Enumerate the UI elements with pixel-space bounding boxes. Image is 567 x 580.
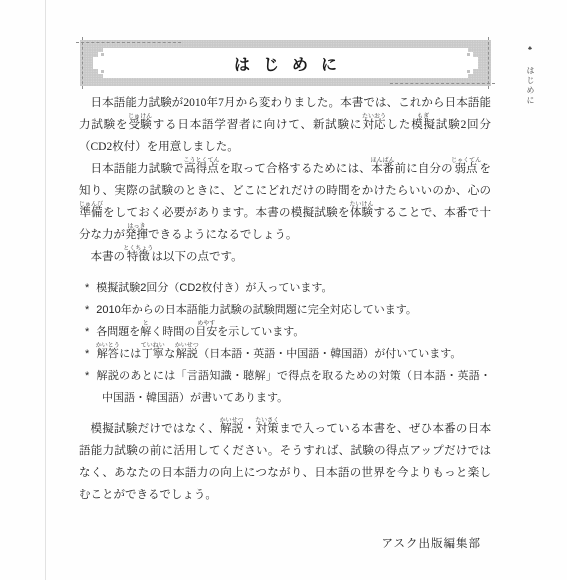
body-text: 日本語能力試験が2010年7月から変わりました。本書では、これから日本語能力試験… <box>79 92 491 555</box>
bullet-marker: * <box>85 348 96 360</box>
header-plaque: はじめに <box>80 40 491 86</box>
page-edge-line <box>45 0 46 580</box>
paragraph-purpose: 日本語能力試験で高得点こうとくてんを取って合格するためには、本番ほんばん前に自分… <box>79 158 491 246</box>
features-list: *模擬試験2回分（CD2枚付き）が入っています。*2010年からの日本語能力試験… <box>79 277 491 409</box>
feature-item: *2010年からの日本語能力試験の試験問題に完全対応しています。 <box>85 299 491 321</box>
paragraph-closing: 模擬試験だけではなく、解説かいせつ・対策たいさくまで入っている本書を、ぜひ本番の… <box>79 418 491 506</box>
corner-dot-icon <box>101 70 104 73</box>
bullet-marker: * <box>85 370 96 382</box>
book-page: はじめに ♣ はじめに 日本語能力試験が2010年7月から変わりました。本書では… <box>0 0 567 580</box>
feature-item: *解答かいとうには丁寧ていねいな解説かいせつ（日本語・英語・中国語・韓国語）が付… <box>85 343 491 365</box>
bullet-marker: * <box>85 304 96 316</box>
dashed-mark-left <box>82 37 83 89</box>
clover-mark-icon: ♣ <box>527 46 533 55</box>
feature-item: *解説のあとには「言語知識・聴解」で得点を取るための対策（日本語・英語・中国語・… <box>85 365 491 409</box>
bullet-marker: * <box>85 282 96 294</box>
chapter-tab: ♣ はじめに <box>526 46 534 106</box>
paragraph-intro: 日本語能力試験が2010年7月から変わりました。本書では、これから日本語能力試験… <box>79 92 491 158</box>
paragraph-features-lead: 本書の特徴とくちょうは以下の点です。 <box>79 246 491 268</box>
corner-dot-icon <box>467 70 470 73</box>
chapter-tab-label: はじめに <box>526 66 535 106</box>
dashed-mark-top <box>76 42 181 43</box>
dashed-mark-bottom <box>390 83 495 84</box>
corner-dot-icon <box>467 53 470 56</box>
feature-item: *各問題を解とく時間の目安めやすを示しています。 <box>85 321 491 343</box>
title-plate: はじめに <box>93 48 478 78</box>
feature-item: *模擬試験2回分（CD2枚付き）が入っています。 <box>85 277 491 299</box>
dashed-mark-right <box>488 37 489 89</box>
page-title: はじめに <box>221 52 350 75</box>
bullet-marker: * <box>85 326 96 338</box>
signature: アスク出版編集部 <box>79 533 491 555</box>
corner-dot-icon <box>101 53 104 56</box>
